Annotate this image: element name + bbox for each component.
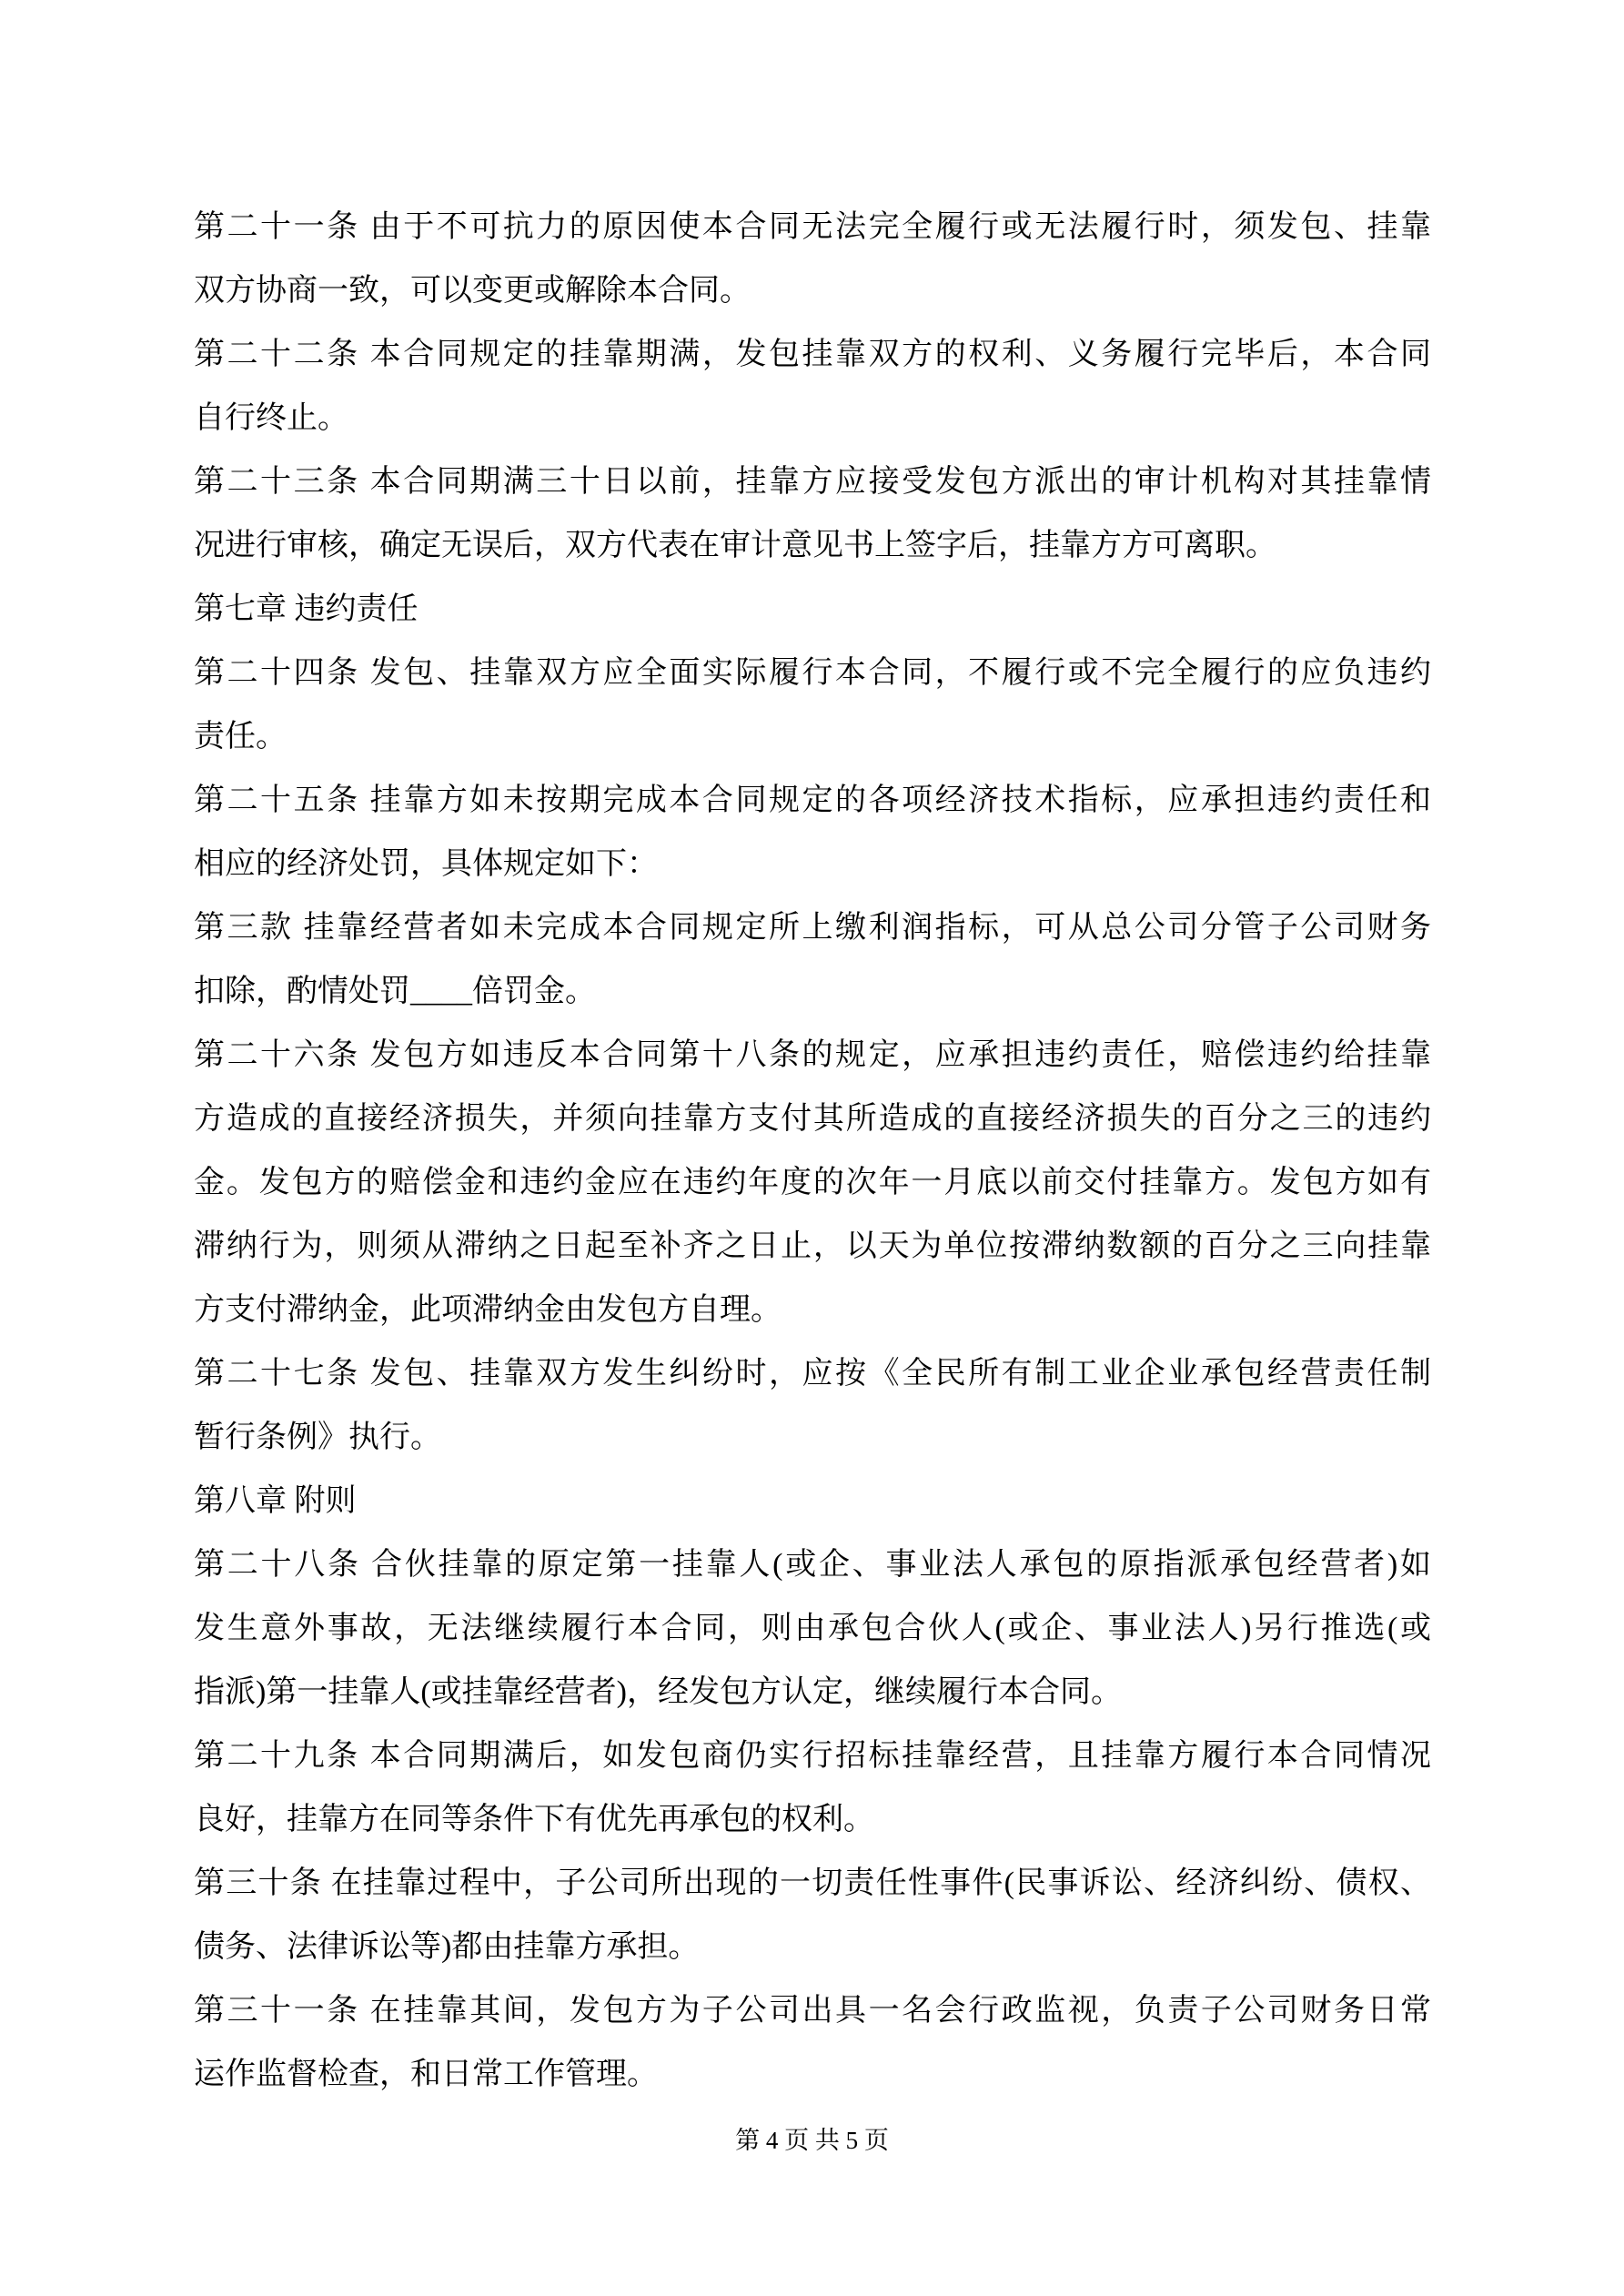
chapter-heading: 第八章 附则 [194,1470,1431,1533]
document-line: 第二十一条 由于不可抗力的原因使本合同无法完全履行或无法履行时，须发包、挂靠 [194,196,1431,259]
document-line: 相应的经济处罚，具体规定如下： [194,833,1431,896]
document-line: 方造成的直接经济损失，并须向挂靠方支付其所造成的直接经济损失的百分之三的违约 [194,1087,1431,1151]
document-line: 第二十六条 发包方如违反本合同第十八条的规定，应承担违约责任，赔偿违约给挂靠 [194,1024,1431,1087]
document-line: 第三十一条 在挂靠其间，发包方为子公司出具一名会行政监视，负责子公司财务日常 [194,1979,1431,2043]
document-line: 金。发包方的赔偿金和违约金应在违约年度的次年一月底以前交付挂靠方。发包方如有 [194,1151,1431,1215]
fill-in-blank-line: 扣除，酌情处罚____倍罚金。 [194,960,1431,1024]
document-line: 方支付滞纳金，此项滞纳金由发包方自理。 [194,1279,1431,1342]
document-line: 指派)第一挂靠人(或挂靠经营者)，经发包方认定，继续履行本合同。 [194,1661,1431,1725]
document-line: 第二十四条 发包、挂靠双方应全面实际履行本合同，不履行或不完全履行的应负违约 [194,642,1431,705]
document-line: 良好，挂靠方在同等条件下有优先再承包的权利。 [194,1788,1431,1852]
contract-body: 第二十一条 由于不可抗力的原因使本合同无法完全履行或无法履行时，须发包、挂靠 双… [194,196,1431,2107]
document-line: 第二十八条 合伙挂靠的原定第一挂靠人(或企、事业法人承包的原指派承包经营者)如 [194,1533,1431,1597]
document-line: 第二十九条 本合同期满后，如发包商仍实行招标挂靠经营，且挂靠方履行本合同情况 [194,1725,1431,1788]
document-line: 第二十五条 挂靠方如未按期完成本合同规定的各项经济技术指标，应承担违约责任和 [194,769,1431,833]
contract-page: { "document": { "lines": [ "第二十一条 由于不可抗力… [0,0,1624,2296]
document-line: 自行终止。 [194,387,1431,450]
document-line: 况进行审核，确定无误后，双方代表在审计意见书上签字后，挂靠方方可离职。 [194,514,1431,578]
chapter-heading: 第七章 违约责任 [194,578,1431,642]
page-footer: 第 4 页 共 5 页 [0,2126,1624,2155]
document-line: 第三十条 在挂靠过程中，子公司所出现的一切责任性事件(民事诉讼、经济纠纷、债权、 [194,1852,1431,1916]
document-line: 第三款 挂靠经营者如未完成本合同规定所上缴利润指标，可从总公司分管子公司财务 [194,896,1431,960]
document-line: 责任。 [194,705,1431,769]
document-line: 发生意外事故，无法继续履行本合同，则由承包合伙人(或企、事业法人)另行推选(或 [194,1597,1431,1661]
document-line: 双方协商一致，可以变更或解除本合同。 [194,259,1431,323]
document-line: 运作监督检查，和日常工作管理。 [194,2043,1431,2107]
document-line: 滞纳行为，则须从滞纳之日起至补齐之日止，以天为单位按滞纳数额的百分之三向挂靠 [194,1215,1431,1279]
document-line: 第二十三条 本合同期满三十日以前，挂靠方应接受发包方派出的审计机构对其挂靠情 [194,450,1431,514]
document-line: 暂行条例》执行。 [194,1406,1431,1470]
document-line: 债务、法律诉讼等)都由挂靠方承担。 [194,1916,1431,1979]
document-line: 第二十二条 本合同规定的挂靠期满，发包挂靠双方的权利、义务履行完毕后，本合同 [194,323,1431,387]
document-line: 第二十七条 发包、挂靠双方发生纠纷时，应按《全民所有制工业企业承包经营责任制 [194,1342,1431,1406]
